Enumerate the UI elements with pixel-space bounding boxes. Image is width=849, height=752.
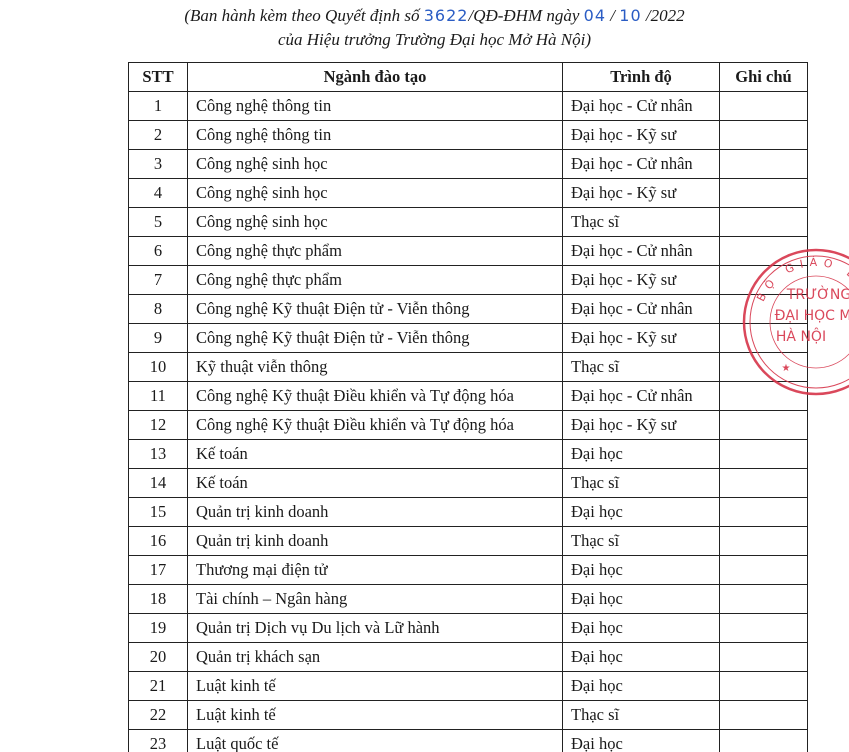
table-row: 5Công nghệ sinh họcThạc sĩ	[129, 208, 808, 237]
stt-cell: 22	[129, 701, 188, 730]
note-cell	[720, 469, 808, 498]
table-row: 13Kế toánĐại học	[129, 440, 808, 469]
date-separator: /	[606, 6, 619, 25]
table-row: 6Công nghệ thực phẩmĐại học - Cử nhân	[129, 237, 808, 266]
level-cell: Đại học	[563, 730, 720, 752]
decision-month: 10	[619, 6, 641, 25]
note-cell	[720, 614, 808, 643]
stt-cell: 13	[129, 440, 188, 469]
note-cell	[720, 411, 808, 440]
level-cell: Thạc sĩ	[563, 469, 720, 498]
decree-prefix: (Ban hành kèm theo Quyết định số	[184, 6, 423, 25]
note-cell	[720, 121, 808, 150]
stt-cell: 3	[129, 150, 188, 179]
stt-cell: 7	[129, 266, 188, 295]
level-cell: Đại học - Kỹ sư	[563, 179, 720, 208]
table-row: 18Tài chính – Ngân hàngĐại học	[129, 585, 808, 614]
table-header-row: STT Ngành đào tạo Trình độ Ghi chú	[129, 63, 808, 92]
note-cell	[720, 527, 808, 556]
note-cell	[720, 556, 808, 585]
table-row: 3Công nghệ sinh họcĐại học - Cử nhân	[129, 150, 808, 179]
table-row: 11Công nghệ Kỹ thuật Điều khiển và Tự độ…	[129, 382, 808, 411]
majors-table: STT Ngành đào tạo Trình độ Ghi chú 1Công…	[128, 62, 808, 752]
stt-cell: 9	[129, 324, 188, 353]
decree-mid: /QĐ-ĐHM ngày	[468, 6, 583, 25]
major-cell: Công nghệ Kỹ thuật Điều khiển và Tự động…	[188, 382, 563, 411]
note-cell	[720, 295, 808, 324]
note-cell	[720, 585, 808, 614]
table-row: 12Công nghệ Kỹ thuật Điều khiển và Tự độ…	[129, 411, 808, 440]
level-cell: Thạc sĩ	[563, 701, 720, 730]
level-cell: Thạc sĩ	[563, 527, 720, 556]
table-row: 20Quản trị khách sạnĐại học	[129, 643, 808, 672]
table-row: 2Công nghệ thông tinĐại học - Kỹ sư	[129, 121, 808, 150]
stt-cell: 23	[129, 730, 188, 752]
stt-cell: 11	[129, 382, 188, 411]
note-cell	[720, 498, 808, 527]
page-margin	[809, 0, 849, 752]
table-row: 9Công nghệ Kỹ thuật Điện tử - Viễn thông…	[129, 324, 808, 353]
level-cell: Thạc sĩ	[563, 353, 720, 382]
major-cell: Tài chính – Ngân hàng	[188, 585, 563, 614]
stt-cell: 6	[129, 237, 188, 266]
decision-day: 04	[584, 6, 606, 25]
stt-cell: 18	[129, 585, 188, 614]
table-row: 15Quản trị kinh doanhĐại học	[129, 498, 808, 527]
issuer-line: của Hiệu trưởng Trường Đại học Mở Hà Nội…	[10, 29, 849, 51]
stt-cell: 8	[129, 295, 188, 324]
note-cell	[720, 324, 808, 353]
decree-reference: (Ban hành kèm theo Quyết định số 3622/QĐ…	[10, 5, 849, 27]
col-level: Trình độ	[563, 63, 720, 92]
table-row: 23Luật quốc tếĐại học	[129, 730, 808, 752]
note-cell	[720, 237, 808, 266]
major-cell: Công nghệ thực phẩm	[188, 237, 563, 266]
note-cell	[720, 440, 808, 469]
table-row: 7Công nghệ thực phẩmĐại học - Kỹ sư	[129, 266, 808, 295]
decision-number: 3622	[424, 6, 469, 25]
major-cell: Công nghệ thông tin	[188, 92, 563, 121]
major-cell: Kế toán	[188, 440, 563, 469]
level-cell: Đại học - Cử nhân	[563, 150, 720, 179]
level-cell: Đại học	[563, 585, 720, 614]
stt-cell: 17	[129, 556, 188, 585]
level-cell: Đại học	[563, 643, 720, 672]
major-cell: Quản trị kinh doanh	[188, 498, 563, 527]
col-stt: STT	[129, 63, 188, 92]
note-cell	[720, 672, 808, 701]
stt-cell: 21	[129, 672, 188, 701]
note-cell	[720, 382, 808, 411]
level-cell: Đại học	[563, 672, 720, 701]
note-cell	[720, 208, 808, 237]
level-cell: Đại học - Kỹ sư	[563, 411, 720, 440]
major-cell: Công nghệ sinh học	[188, 150, 563, 179]
level-cell: Đại học	[563, 614, 720, 643]
level-cell: Đại học	[563, 556, 720, 585]
table-row: 21Luật kinh tếĐại học	[129, 672, 808, 701]
major-cell: Công nghệ Kỹ thuật Điện tử - Viễn thông	[188, 295, 563, 324]
decision-year: /2022	[642, 6, 685, 25]
table-row: 16Quản trị kinh doanhThạc sĩ	[129, 527, 808, 556]
table-row: 17Thương mại điện tửĐại học	[129, 556, 808, 585]
stt-cell: 1	[129, 92, 188, 121]
level-cell: Đại học - Kỹ sư	[563, 324, 720, 353]
major-cell: Kỹ thuật viễn thông	[188, 353, 563, 382]
stt-cell: 14	[129, 469, 188, 498]
table-row: 4Công nghệ sinh họcĐại học - Kỹ sư	[129, 179, 808, 208]
stt-cell: 16	[129, 527, 188, 556]
note-cell	[720, 353, 808, 382]
level-cell: Thạc sĩ	[563, 208, 720, 237]
major-cell: Công nghệ thực phẩm	[188, 266, 563, 295]
level-cell: Đại học - Cử nhân	[563, 237, 720, 266]
stt-cell: 10	[129, 353, 188, 382]
level-cell: Đại học - Cử nhân	[563, 382, 720, 411]
major-cell: Công nghệ Kỹ thuật Điện tử - Viễn thông	[188, 324, 563, 353]
major-cell: Thương mại điện tử	[188, 556, 563, 585]
note-cell	[720, 730, 808, 752]
col-note: Ghi chú	[720, 63, 808, 92]
table-row: 22Luật kinh tếThạc sĩ	[129, 701, 808, 730]
note-cell	[720, 179, 808, 208]
level-cell: Đại học - Kỹ sư	[563, 266, 720, 295]
stt-cell: 15	[129, 498, 188, 527]
table-row: 10Kỹ thuật viễn thôngThạc sĩ	[129, 353, 808, 382]
level-cell: Đại học	[563, 440, 720, 469]
stt-cell: 4	[129, 179, 188, 208]
stt-cell: 12	[129, 411, 188, 440]
note-cell	[720, 701, 808, 730]
major-cell: Công nghệ thông tin	[188, 121, 563, 150]
major-cell: Luật kinh tế	[188, 701, 563, 730]
stt-cell: 2	[129, 121, 188, 150]
major-cell: Quản trị kinh doanh	[188, 527, 563, 556]
table-row: 1Công nghệ thông tinĐại học - Cử nhân	[129, 92, 808, 121]
col-major: Ngành đào tạo	[188, 63, 563, 92]
stt-cell: 19	[129, 614, 188, 643]
note-cell	[720, 643, 808, 672]
major-cell: Luật kinh tế	[188, 672, 563, 701]
major-cell: Kế toán	[188, 469, 563, 498]
major-cell: Công nghệ Kỹ thuật Điều khiển và Tự động…	[188, 411, 563, 440]
table-row: 19Quản trị Dịch vụ Du lịch và Lữ hànhĐại…	[129, 614, 808, 643]
stt-cell: 5	[129, 208, 188, 237]
major-cell: Quản trị Dịch vụ Du lịch và Lữ hành	[188, 614, 563, 643]
major-cell: Công nghệ sinh học	[188, 179, 563, 208]
table-row: 8Công nghệ Kỹ thuật Điện tử - Viễn thông…	[129, 295, 808, 324]
stt-cell: 20	[129, 643, 188, 672]
level-cell: Đại học - Cử nhân	[563, 295, 720, 324]
table-row: 14Kế toánThạc sĩ	[129, 469, 808, 498]
level-cell: Đại học - Cử nhân	[563, 92, 720, 121]
note-cell	[720, 92, 808, 121]
major-cell: Công nghệ sinh học	[188, 208, 563, 237]
major-cell: Luật quốc tế	[188, 730, 563, 752]
note-cell	[720, 150, 808, 179]
level-cell: Đại học - Kỹ sư	[563, 121, 720, 150]
major-cell: Quản trị khách sạn	[188, 643, 563, 672]
level-cell: Đại học	[563, 498, 720, 527]
note-cell	[720, 266, 808, 295]
